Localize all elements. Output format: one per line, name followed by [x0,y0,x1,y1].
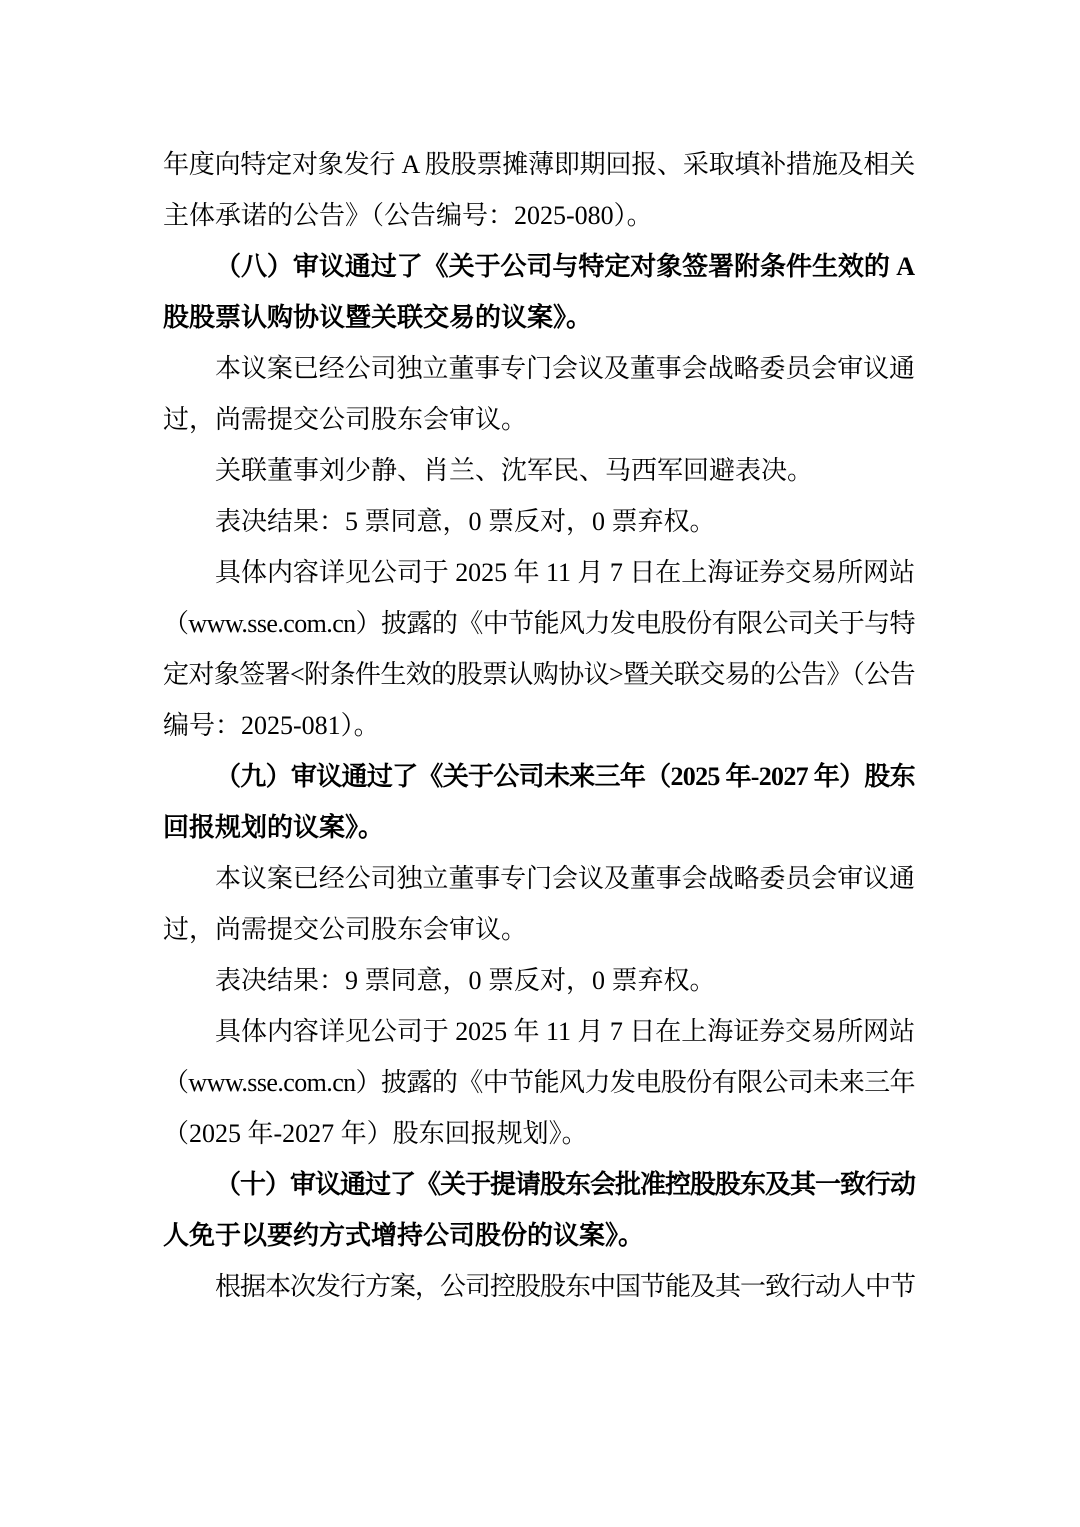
text-line: 编号：2025-081）。 [163,700,915,751]
line-text: （十）审议通过了《关于提请股东会批准控股股东及其一致行动 [215,1159,915,1210]
line-text: 过，尚需提交公司股东会审议。 [163,904,527,955]
line-text: 本议案已经公司独立董事专门会议及董事会战略委员会审议通 [215,343,915,394]
heading-line: （八）审议通过了《关于公司与特定对象签署附条件生效的 A [163,241,915,292]
line-text: 表决结果：5 票同意，0 票反对，0 票弃权。 [215,496,716,547]
line-text: 根据本次发行方案，公司控股股东中国节能及其一致行动人中节 [215,1261,915,1312]
line-text: 编号：2025-081）。 [163,700,380,751]
line-text: 具体内容详见公司于 2025 年 11 月 7 日在上海证券交易所网站 [215,1006,915,1057]
document-body: 年度向特定对象发行 A 股股票摊薄即期回报、采取填补措施及相关主体承诺的公告》（… [163,139,915,1312]
text-line: （www.sse.com.cn）披露的《中节能风力发电股份有限公司未来三年 [163,1057,915,1108]
line-text: （2025 年-2027 年）股东回报规划》。 [163,1108,588,1159]
line-text: 本议案已经公司独立董事专门会议及董事会战略委员会审议通 [215,853,915,904]
heading-line: （九）审议通过了《关于公司未来三年（2025 年-2027 年）股东 [163,751,915,802]
text-line: 本议案已经公司独立董事专门会议及董事会战略委员会审议通 [163,343,915,394]
text-line: （www.sse.com.cn）披露的《中节能风力发电股份有限公司关于与特 [163,598,915,649]
line-text: （八）审议通过了《关于公司与特定对象签署附条件生效的 A [215,241,915,292]
text-line: 表决结果：9 票同意，0 票反对，0 票弃权。 [163,955,915,1006]
text-line: 定对象签署<附条件生效的股票认购协议>暨关联交易的公告》（公告 [163,649,915,700]
text-line: 过，尚需提交公司股东会审议。 [163,394,915,445]
line-text: 年度向特定对象发行 A 股股票摊薄即期回报、采取填补措施及相关 [163,139,915,190]
heading-line: 股股票认购协议暨关联交易的议案》。 [163,292,915,343]
text-line: 表决结果：5 票同意，0 票反对，0 票弃权。 [163,496,915,547]
line-text: 回报规划的议案》。 [163,802,384,853]
line-text: 关联董事刘少静、肖兰、沈军民、马西军回避表决。 [215,445,813,496]
text-line: 年度向特定对象发行 A 股股票摊薄即期回报、采取填补措施及相关 [163,139,915,190]
text-line: 具体内容详见公司于 2025 年 11 月 7 日在上海证券交易所网站 [163,547,915,598]
text-line: 关联董事刘少静、肖兰、沈军民、马西军回避表决。 [163,445,915,496]
line-text: 人免于以要约方式增持公司股份的议案》。 [163,1210,644,1261]
text-line: 具体内容详见公司于 2025 年 11 月 7 日在上海证券交易所网站 [163,1006,915,1057]
text-line: 过，尚需提交公司股东会审议。 [163,904,915,955]
heading-line: 回报规划的议案》。 [163,802,915,853]
text-line: 主体承诺的公告》（公告编号：2025-080）。 [163,190,915,241]
line-text: 表决结果：9 票同意，0 票反对，0 票弃权。 [215,955,716,1006]
heading-line: 人免于以要约方式增持公司股份的议案》。 [163,1210,915,1261]
line-text: （www.sse.com.cn）披露的《中节能风力发电股份有限公司未来三年 [163,1057,915,1108]
line-text: 具体内容详见公司于 2025 年 11 月 7 日在上海证券交易所网站 [215,547,915,598]
text-line: 根据本次发行方案，公司控股股东中国节能及其一致行动人中节 [163,1261,915,1312]
document-page: 年度向特定对象发行 A 股股票摊薄即期回报、采取填补措施及相关主体承诺的公告》（… [0,0,1080,1527]
line-text: （www.sse.com.cn）披露的《中节能风力发电股份有限公司关于与特 [163,598,915,649]
line-text: （九）审议通过了《关于公司未来三年（2025 年-2027 年）股东 [215,751,915,802]
line-text: 股股票认购协议暨关联交易的议案》。 [163,292,592,343]
heading-line: （十）审议通过了《关于提请股东会批准控股股东及其一致行动 [163,1159,915,1210]
text-line: （2025 年-2027 年）股东回报规划》。 [163,1108,915,1159]
line-text: 过，尚需提交公司股东会审议。 [163,394,527,445]
line-text: 定对象签署<附条件生效的股票认购协议>暨关联交易的公告》（公告 [163,649,915,700]
line-text: 主体承诺的公告》（公告编号：2025-080）。 [163,190,653,241]
text-line: 本议案已经公司独立董事专门会议及董事会战略委员会审议通 [163,853,915,904]
